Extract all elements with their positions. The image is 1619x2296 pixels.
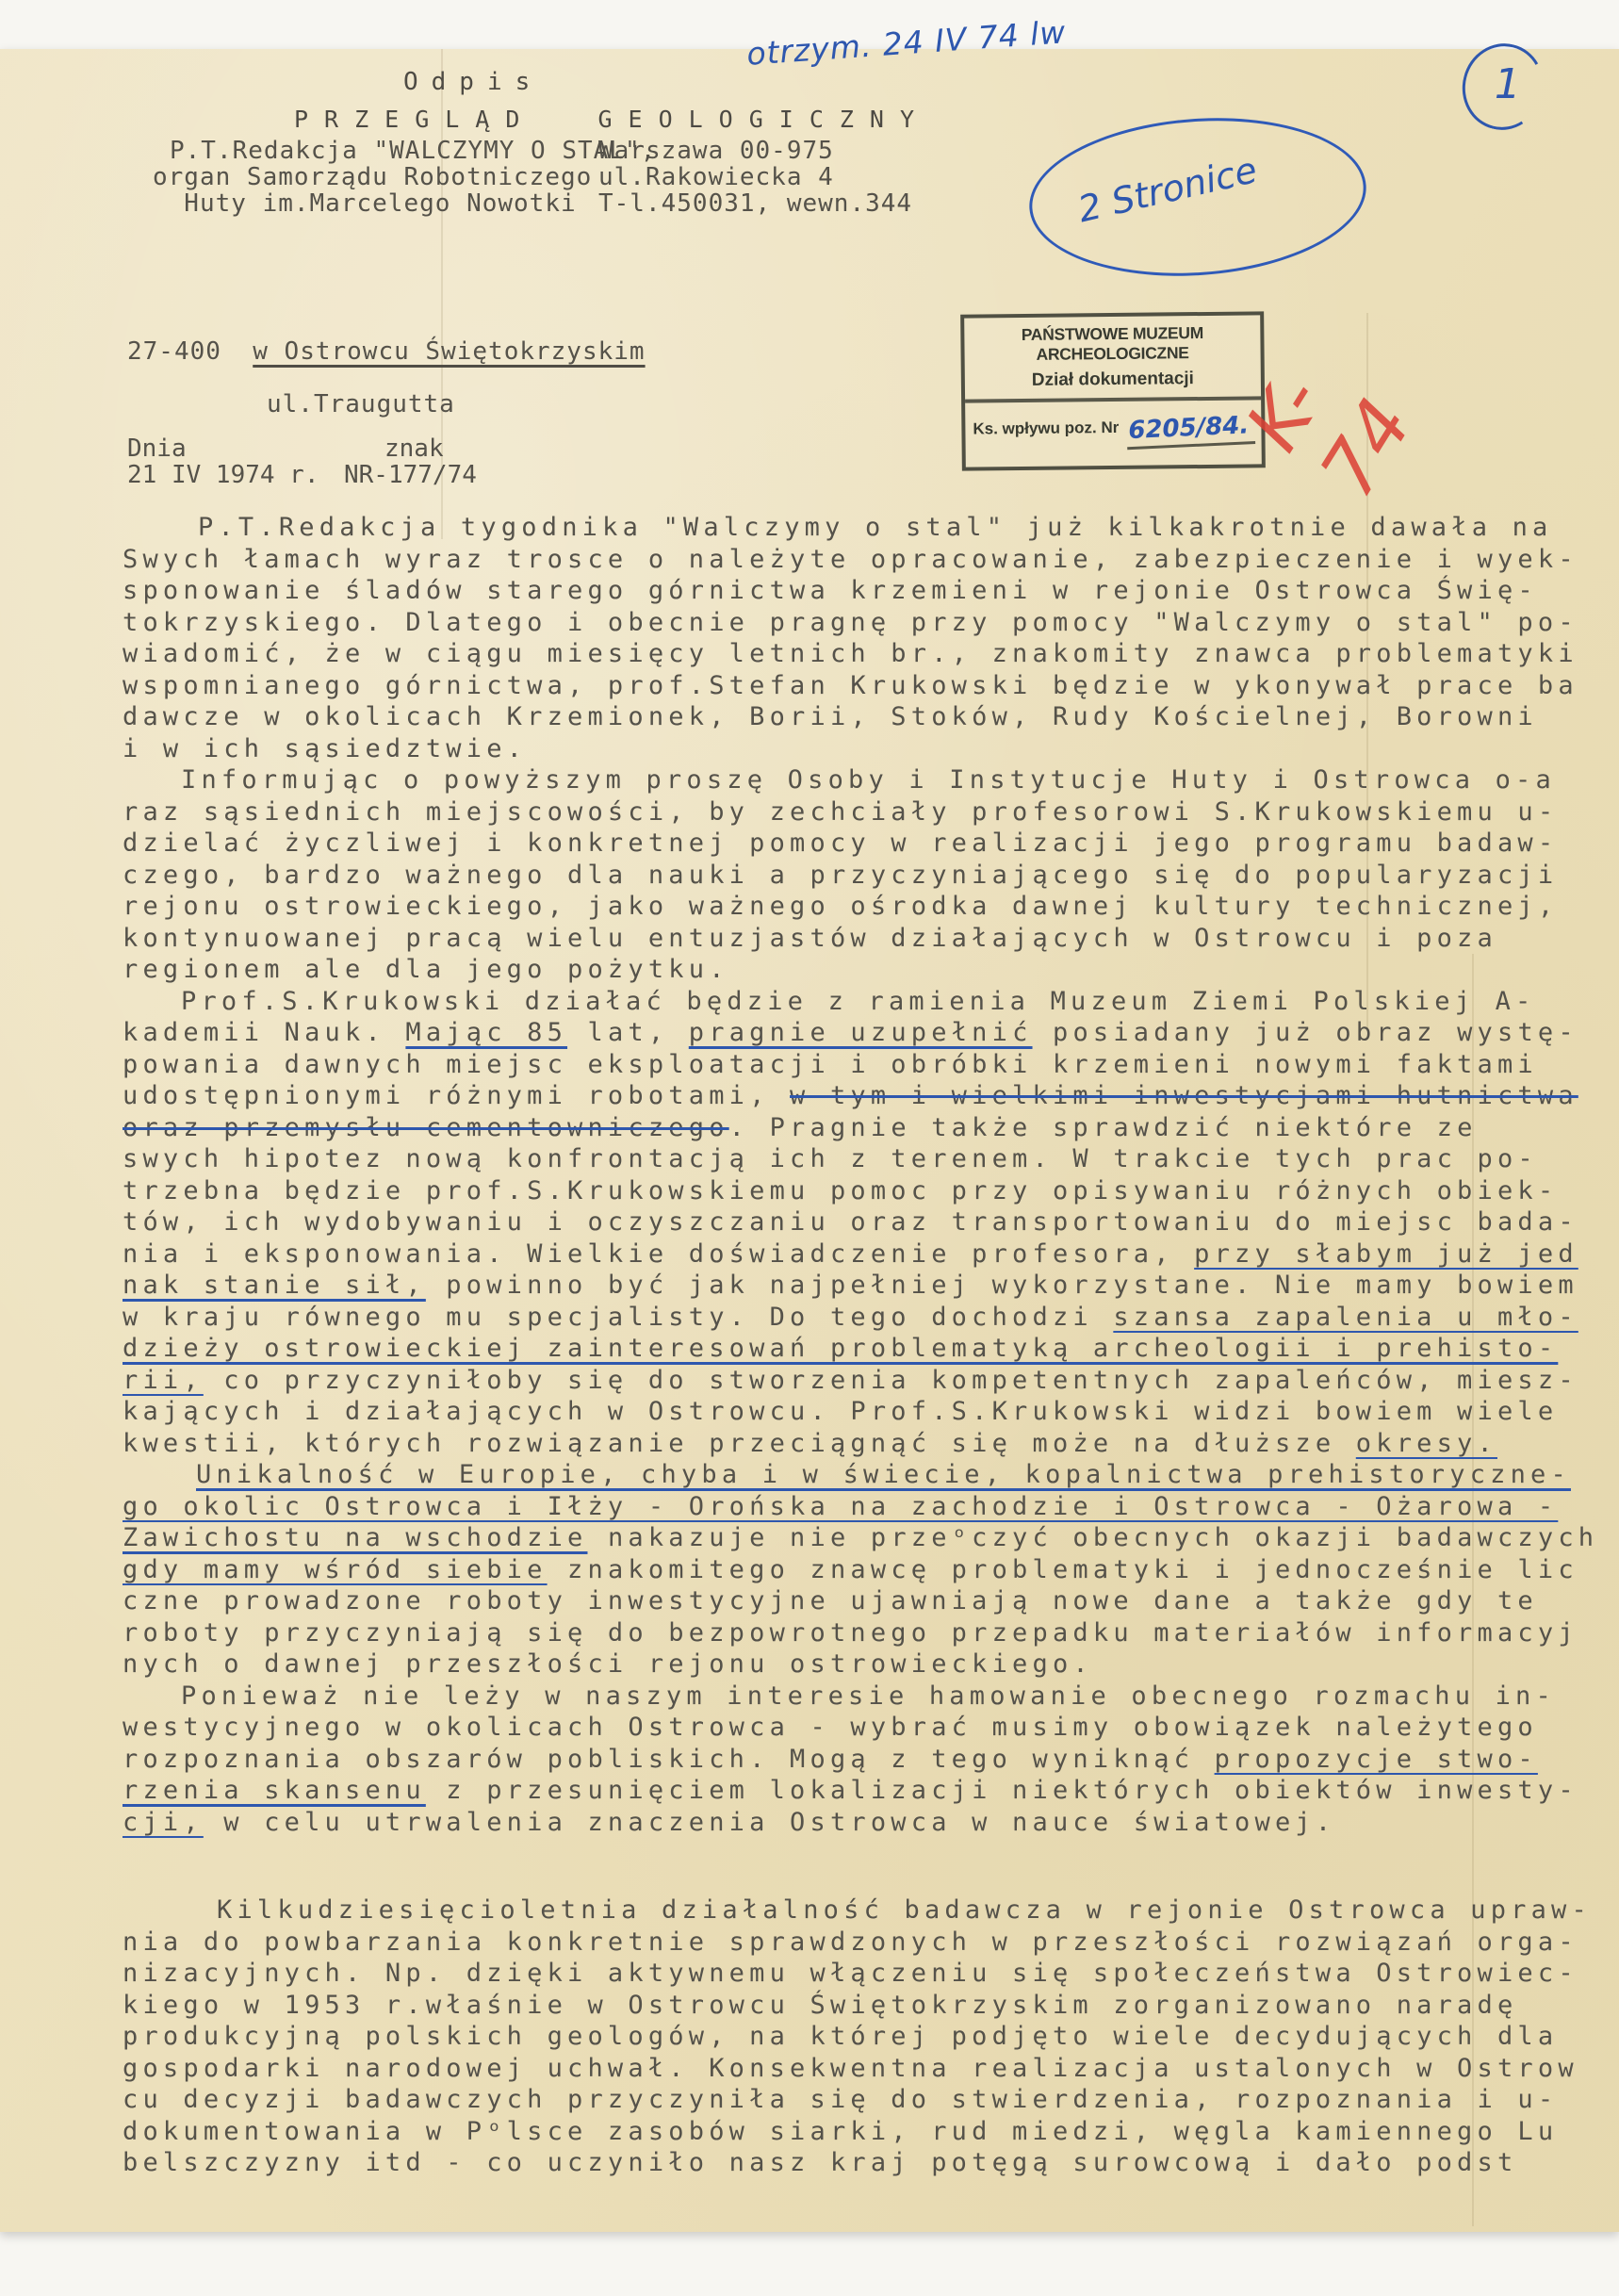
text-line: go okolic Ostrowca i Iłży - Orońska na z… — [123, 1491, 1613, 1523]
text-line: kających i działających w Ostrowcu. Prof… — [123, 1396, 1613, 1428]
text-line: dokumentowania w Pᵒlsce zasobów siarki, … — [123, 2116, 1613, 2148]
text-line: P.T.Redakcja tygodnika "Walczymy o stal"… — [123, 512, 1613, 544]
paragraph: P.T.Redakcja tygodnika "Walczymy o stal"… — [123, 512, 1613, 764]
body-text: P.T.Redakcja tygodnika "Walczymy o stal"… — [123, 512, 1613, 2179]
text-line: tokrzyskiego. Dlatego i obecnie pragnę p… — [123, 607, 1613, 639]
text-line: sponowanie śladów starego górnictwa krze… — [123, 575, 1613, 607]
text-line: kwestii, których rozwiązanie przeciągnąć… — [123, 1428, 1613, 1460]
red-crayon-mark: K-74 — [1255, 317, 1406, 458]
text-line: nak stanie sił, powinno być jak najpełni… — [123, 1270, 1613, 1302]
text-line: produkcyjną polskich geologów, na której… — [123, 2021, 1613, 2053]
text-line: regionem ale dla jego pożytku. — [123, 954, 1613, 986]
text-line: rii, co przyczyniłoby się do stworzenia … — [123, 1365, 1613, 1397]
sender-line: ul.Rakowiecka 4 — [598, 163, 834, 191]
text-line: raz sąsiednich miejscowości, by zechciał… — [123, 796, 1613, 828]
postal-code: 27-400 — [127, 337, 221, 366]
sender-line: T-l.450031, wewn.344 — [598, 189, 912, 218]
museum-stamp: PAŃSTWOWE MUZEUM ARCHEOLOGICZNE Dział do… — [960, 311, 1266, 470]
text-line: westycyjnego w okolicach Ostrowca - wybr… — [123, 1712, 1613, 1744]
paragraph: Informując o powyższym proszę Osoby i In… — [123, 764, 1613, 986]
stamp-institution: PAŃSTWOWE MUZEUM ARCHEOLOGICZNE — [964, 322, 1260, 365]
sender-line: Warszawa 00-975 — [598, 137, 834, 165]
stamp-register-label: Ks. wpływu poz. Nr — [973, 418, 1119, 438]
text-line: czne prowadzone roboty inwestycyjne ujaw… — [123, 1585, 1613, 1617]
text-line: Unikalność w Europie, chyba i w świecie,… — [123, 1459, 1613, 1491]
text-line: kademii Nauk. Mając 85 lat, pragnie uzup… — [123, 1017, 1613, 1049]
text-line: cji, w celu utrwalenia znaczenia Ostrowc… — [123, 1807, 1613, 1839]
paragraph: Prof.S.Krukowski działać będzie z ramien… — [123, 986, 1613, 1460]
copy-label: Odpis — [403, 68, 543, 96]
recipient-line: P.T.Redakcja "WALCZYMY O STAL", — [153, 137, 656, 165]
text-line: kontynuowanej pracą wielu entuzjastów dz… — [123, 923, 1613, 955]
recipient-line: organ Samorządu Robotniczego — [153, 163, 592, 191]
city-underlined: w Ostrowcu Świętokrzyskim — [253, 337, 645, 366]
text-line: udostępnionymi różnymi robotami, w tym i… — [123, 1080, 1613, 1112]
text-line: czego, bardzo ważnego dla nauki a przycz… — [123, 860, 1613, 892]
date-label: Dnia — [127, 435, 187, 463]
text-line: cu decyzji badawczych przyczyniła się do… — [123, 2084, 1613, 2116]
text-line: belszczyzny itd - co uczyniło nasz kraj … — [123, 2147, 1613, 2179]
text-line: tów, ich wydobywaniu i oczyszczaniu oraz… — [123, 1206, 1613, 1238]
ref-value: NR-177/74 — [344, 461, 477, 489]
text-line: Swych łamach wyraz trosce o należyte opr… — [123, 544, 1613, 576]
recipient-line: Huty im.Marcelego Nowotki — [153, 189, 577, 218]
text-line: rzenia skansenu z przesunięciem lokaliza… — [123, 1775, 1613, 1807]
recipient-city-line: 27-400 w Ostrowcu Świętokrzyskim — [127, 337, 646, 366]
text-line: rejonu ostrowieckiego, jako ważnego ośro… — [123, 891, 1613, 923]
masthead-title: PRZEGLĄD GEOLOGICZNY — [294, 106, 930, 133]
text-line: gdy mamy wśród siebie znakomitego znawcę… — [123, 1554, 1613, 1586]
text-line: Prof.S.Krukowski działać będzie z ramien… — [123, 986, 1613, 1018]
date-value: 21 IV 1974 r. — [127, 461, 319, 489]
paragraph: Unikalność w Europie, chyba i w świecie,… — [123, 1459, 1613, 1681]
text-line: trzebna będzie prof.S.Krukowskiemu pomoc… — [123, 1175, 1613, 1207]
text-line: nia do powbarzania konkretnie sprawdzony… — [123, 1927, 1613, 1959]
text-line: swych hipotez nową konfrontacją ich z te… — [123, 1143, 1613, 1175]
sender-block: Warszawa 00-975ul.Rakowiecka 4T-l.450031… — [598, 138, 912, 217]
text-line: nizacyjnych. Np. dzięki aktywnemu włącze… — [123, 1958, 1613, 1990]
text-line: Informując o powyższym proszę Osoby i In… — [123, 764, 1613, 796]
text-line: Ponieważ nie leży w naszym interesie ham… — [123, 1681, 1613, 1713]
text-line: nia i eksponowania. Wielkie doświadczeni… — [123, 1238, 1613, 1271]
ref-label: znak — [384, 435, 444, 463]
recipient-street: ul.Traugutta — [267, 390, 455, 418]
stamp-department: Dział dokumentacji — [965, 368, 1261, 391]
text-line: nych o dawnej przeszłości rejonu ostrowi… — [123, 1648, 1613, 1681]
text-line: Zawichostu na wschodzie nakazuje nie prz… — [123, 1522, 1613, 1554]
text-line: rozpoznania obszarów pobliskich. Mogą z … — [123, 1744, 1613, 1776]
text-line: wspomnianego górnictwa, prof.Stefan Kruk… — [123, 670, 1613, 702]
page-number: 1 — [1495, 60, 1521, 108]
text-line: gospodarki narodowej uchwał. Konsekwentn… — [123, 2053, 1613, 2085]
text-line: wiadomić, że w ciągu miesięcy letnich br… — [123, 638, 1613, 670]
text-line: powania dawnych miejsc eksploatacji i ob… — [123, 1049, 1613, 1081]
pages-note: 2 Stronice — [1074, 149, 1261, 230]
text-line: dzieży ostrowieckiej zainteresowań probl… — [123, 1333, 1613, 1365]
text-line: dawcze w okolicach Krzemionek, Borii, St… — [123, 701, 1613, 733]
text-line: w kraju równego mu specjalisty. Do tego … — [123, 1302, 1613, 1334]
text-line: roboty przyczyniają się do bezpowrotnego… — [123, 1617, 1613, 1649]
document-scan: otrzym. 24 IV 74 lw 1 2 Stronice Odpis P… — [0, 0, 1619, 2296]
paragraph: Ponieważ nie leży w naszym interesie ham… — [123, 1681, 1613, 1839]
text-line: dzielać życzliwej i konkretnej pomocy w … — [123, 828, 1613, 860]
text-line: kiego w 1953 r.właśnie w Ostrowcu Święto… — [123, 1990, 1613, 2022]
text-line: Kilkudziesięcioletnia działalność badawc… — [123, 1894, 1613, 1927]
text-line: oraz przemysłu cementowniczego. Pragnie … — [123, 1112, 1613, 1144]
text-line: i w ich sąsiedztwie. — [123, 733, 1613, 765]
recipient-block: P.T.Redakcja "WALCZYMY O STAL",organ Sam… — [153, 138, 656, 217]
paragraph: Kilkudziesięcioletnia działalność badawc… — [123, 1894, 1613, 2179]
stamp-divider — [965, 396, 1261, 402]
